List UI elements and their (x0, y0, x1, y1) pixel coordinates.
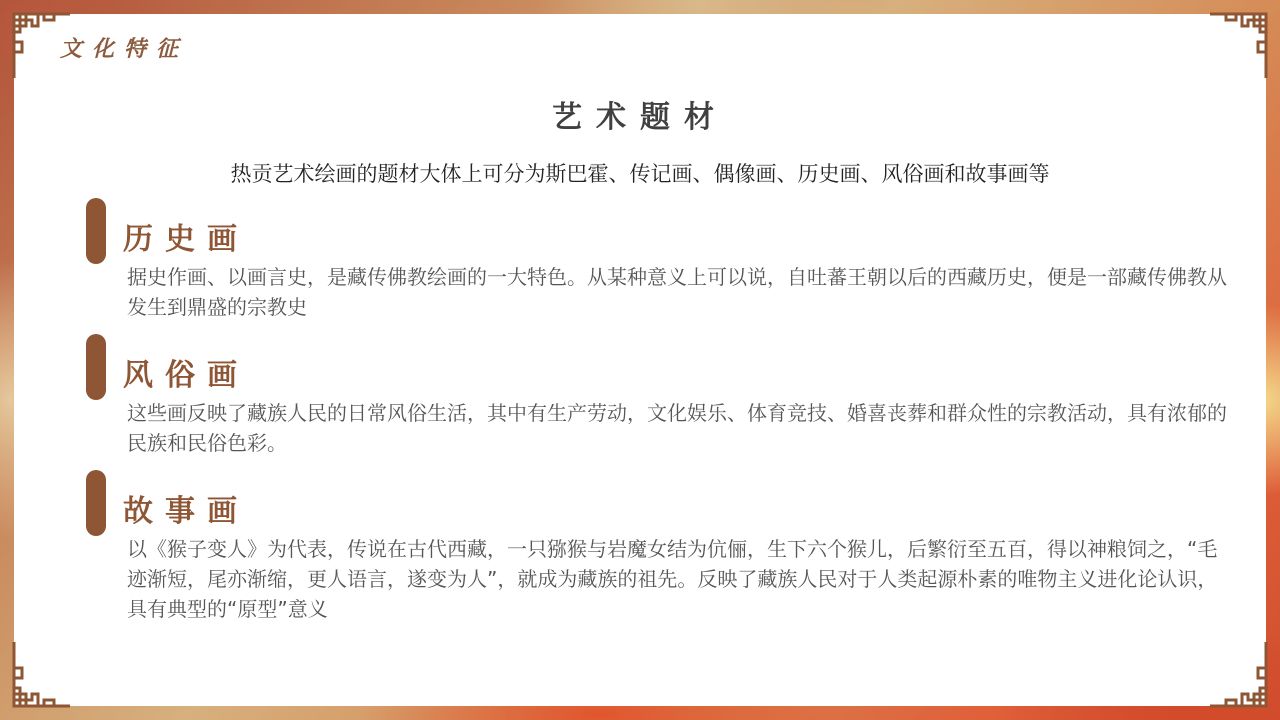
fretwork-corner-icon (1210, 10, 1270, 80)
intro-text: 热贡艺术绘画的题材大体上可分为斯巴霍、传记画、偶像画、历史画、风俗画和故事画等 (0, 158, 1280, 188)
rounded-bar-marker (86, 198, 106, 264)
rounded-bar-marker (86, 470, 106, 536)
fretwork-corner-icon (1210, 640, 1270, 710)
topic-heading: 风俗画 (123, 350, 249, 394)
topic-heading: 历史画 (123, 214, 249, 258)
section-tag: 文化特征 (60, 32, 188, 63)
topic-heading: 故事画 (123, 486, 249, 530)
page-title: 艺术题材 (0, 92, 1280, 136)
topic-body: 据史作画、以画言史，是藏传佛教绘画的一大特色。从某种意义上可以说，自吐蕃王朝以后… (127, 262, 1237, 322)
topic-body: 以《猴子变人》为代表，传说在古代西藏，一只猕猴与岩魔女结为伉俪，生下六个猴儿，后… (127, 534, 1237, 624)
rounded-bar-marker (86, 334, 106, 400)
topic-body: 这些画反映了藏族人民的日常风俗生活，其中有生产劳动，文化娱乐、体育竞技、婚喜丧葬… (127, 398, 1237, 458)
fretwork-corner-icon (10, 640, 70, 710)
